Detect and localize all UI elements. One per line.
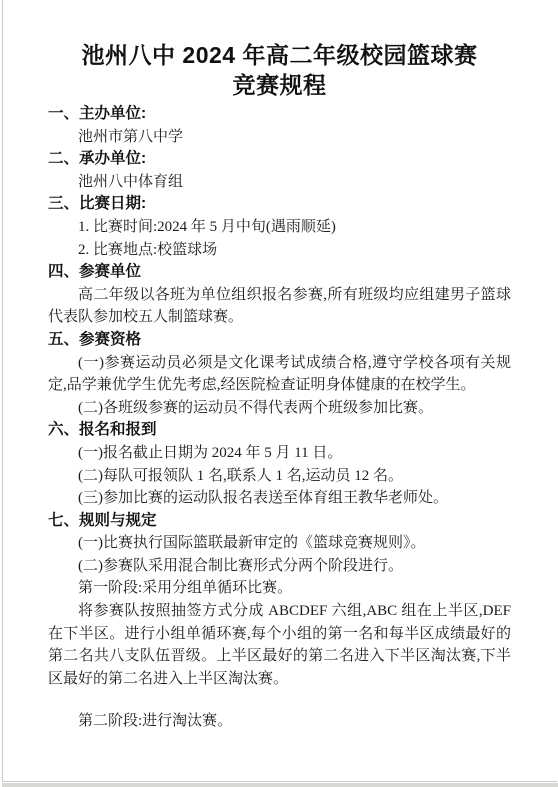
section-registration: 六、报名和报到 (一)报名截止日期为 2024 年 5 月 11 日。 (二)每… [48, 419, 511, 509]
section-competition-date: 三、比赛日期: 1. 比赛时间:2024 年 5 月中旬(遇雨顺延) 2. 比赛… [48, 193, 511, 261]
section-heading: 一、主办单位: [48, 103, 511, 126]
paragraph: (三)参加比赛的运动队报名表送至体育组王教华老师处。 [48, 487, 511, 510]
paragraph: 1. 比赛时间:2024 年 5 月中旬(遇雨顺延) [48, 216, 511, 239]
paragraph: 池州市第八中学 [48, 126, 511, 149]
paragraph: (二)每队可报领队 1 名,联系人 1 名,运动员 12 名。 [48, 465, 511, 488]
paragraph: (一)报名截止日期为 2024 年 5 月 11 日。 [48, 442, 511, 465]
document-page: 池州八中 2024 年高二年级校园篮球赛 竞赛规程 一、主办单位: 池州市第八中… [2, 0, 557, 782]
page-bottom-shadow [2, 783, 558, 787]
section-heading: 四、参赛单位 [48, 261, 511, 284]
paragraph: 2. 比赛地点:校篮球场 [48, 239, 511, 262]
section-heading: 七、规则与规定 [48, 510, 511, 533]
paragraph: 将参赛队按照抽签方式分成 ABCDEF 六组,ABC 组在上半区,DEF 在下半… [48, 600, 511, 690]
title-line-1: 池州八中 2024 年高二年级校园篮球赛 [48, 40, 511, 70]
section-organizer-unit: 二、承办单位: 池州八中体育组 [48, 148, 511, 193]
section-heading: 三、比赛日期: [48, 193, 511, 216]
section-heading: 二、承办单位: [48, 148, 511, 171]
paragraph: 池州八中体育组 [48, 171, 511, 194]
title-line-2: 竞赛规程 [48, 70, 511, 100]
paragraph: 高二年级以各班为单位组织报名参赛,所有班级均应组建男子篮球代表队参加校五人制篮球… [48, 284, 511, 329]
section-participating-units: 四、参赛单位 高二年级以各班为单位组织报名参赛,所有班级均应组建男子篮球代表队参… [48, 261, 511, 329]
paragraph: (一)参赛运动员必须是文化课考试成绩合格,遵守学校各项有关规定,品学兼优学生优先… [48, 352, 511, 397]
section-heading: 五、参赛资格 [48, 329, 511, 352]
paragraph: 第一阶段:采用分组单循环比赛。 [48, 577, 511, 600]
document-title: 池州八中 2024 年高二年级校园篮球赛 竞赛规程 [48, 40, 511, 100]
paragraph: 第二阶段:进行淘汰赛。 [48, 710, 511, 733]
section-rules: 七、规则与规定 (一)比赛执行国际篮联最新审定的《篮球竞赛规则》。 (二)参赛队… [48, 510, 511, 733]
section-eligibility: 五、参赛资格 (一)参赛运动员必须是文化课考试成绩合格,遵守学校各项有关规定,品… [48, 329, 511, 419]
paragraph: (一)比赛执行国际篮联最新审定的《篮球竞赛规则》。 [48, 532, 511, 555]
section-heading: 六、报名和报到 [48, 419, 511, 442]
paragraph: (二)各班级参赛的运动员不得代表两个班级参加比赛。 [48, 397, 511, 420]
paragraph: (二)参赛队采用混合制比赛形式分两个阶段进行。 [48, 555, 511, 578]
section-host-unit: 一、主办单位: 池州市第八中学 [48, 103, 511, 148]
